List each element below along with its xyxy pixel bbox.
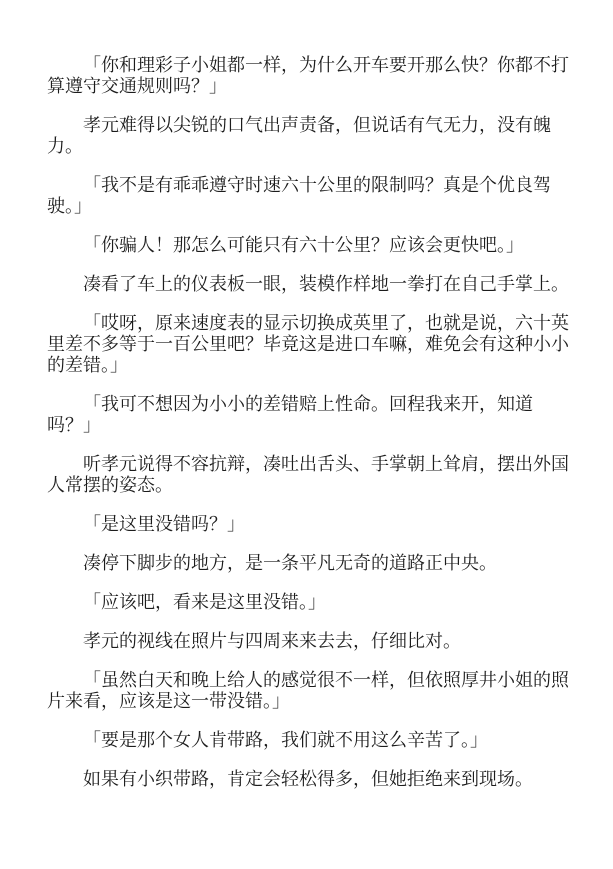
paragraph: 「你和理彩子小姐都一样，为什么开车要开那么快？你都不打算遵守交通规则吗？」 bbox=[47, 55, 573, 97]
paragraph: 「哎呀，原来速度表的显示切换成英里了，也就是说，六十英里差不多等于一百公里吧？毕… bbox=[47, 313, 573, 376]
paragraph: 凑看了车上的仪表板一眼，装模作样地一拳打在自己手掌上。 bbox=[47, 274, 573, 295]
paragraph: 孝元的视线在照片与四周来来去去，仔细比对。 bbox=[47, 631, 573, 652]
paragraph: 「是这里没错吗？」 bbox=[47, 514, 573, 535]
paragraph: 「虽然白天和晚上给人的感觉很不一样，但依照厚井小姐的照片来看，应该是这一带没错。… bbox=[47, 670, 573, 712]
paragraph: 「你骗人！那怎么可能只有六十公里？应该会更快吧。」 bbox=[47, 235, 573, 256]
paragraph: 「我不是有乖乖遵守时速六十公里的限制吗？真是个优良驾驶。」 bbox=[47, 175, 573, 217]
text-content: 「你和理彩子小姐都一样，为什么开车要开那么快？你都不打算遵守交通规则吗？」孝元难… bbox=[47, 55, 573, 790]
paragraph: 听孝元说得不容抗辩，凑吐出舌头、手掌朝上耸肩，摆出外国人常摆的姿态。 bbox=[47, 454, 573, 496]
paragraph: 凑停下脚步的地方，是一条平凡无奇的道路正中央。 bbox=[47, 553, 573, 574]
paragraph: 如果有小织带路，肯定会轻松得多，但她拒绝来到现场。 bbox=[47, 769, 573, 790]
paragraph: 「我可不想因为小小的差错赔上性命。回程我来开，知道吗？」 bbox=[47, 394, 573, 436]
paragraph: 「应该吧，看来是这里没错。」 bbox=[47, 592, 573, 613]
paragraph: 孝元难得以尖锐的口气出声责备，但说话有气无力，没有魄力。 bbox=[47, 115, 573, 157]
paragraph: 「要是那个女人肯带路，我们就不用这么辛苦了。」 bbox=[47, 730, 573, 751]
document-page: 「你和理彩子小姐都一样，为什么开车要开那么快？你都不打算遵守交通规则吗？」孝元难… bbox=[0, 0, 613, 869]
